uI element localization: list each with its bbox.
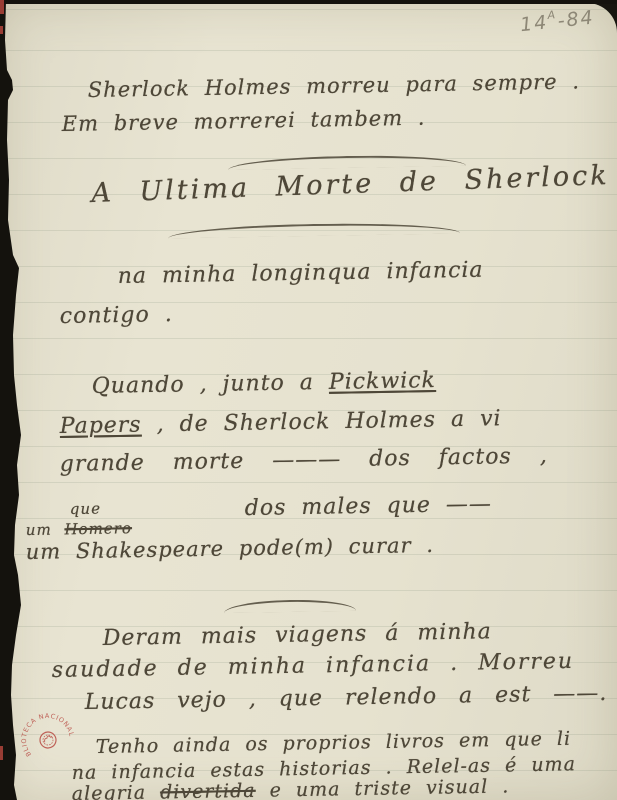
- underlined-word: Papers: [60, 413, 142, 439]
- call-number-suffix: -84: [557, 6, 596, 32]
- manuscript-line: contigo .: [60, 302, 173, 329]
- manuscript-text: um: [26, 520, 65, 539]
- stamp-emblem-ring: [37, 729, 59, 751]
- marginal-insertion: que: [70, 499, 101, 518]
- underlined-word: Pickwick: [329, 368, 436, 395]
- manuscript-text: Quando , junto a: [92, 370, 330, 399]
- struck-word: Homero: [64, 519, 132, 538]
- torn-page-edge: [0, 0, 26, 800]
- red-edge-mark: [0, 26, 3, 34]
- photo-top-edge: [0, 0, 617, 4]
- stamp-emblem-inner: [41, 733, 55, 747]
- manuscript-text: alegria: [72, 781, 161, 800]
- manuscript-photo: 14A-84 Sherlock Holmes morreu para sempr…: [0, 0, 617, 800]
- manuscript-line: um Homero: [26, 519, 132, 539]
- struck-word: divertida: [160, 780, 256, 800]
- manuscript-text: e uma triste visual .: [255, 775, 509, 800]
- call-number-sup: A: [547, 8, 558, 22]
- red-edge-mark: [0, 746, 3, 760]
- red-edge-mark: [0, 0, 4, 14]
- manuscript-line: dos males que ——: [245, 492, 493, 521]
- call-number-prefix: 14: [519, 11, 549, 36]
